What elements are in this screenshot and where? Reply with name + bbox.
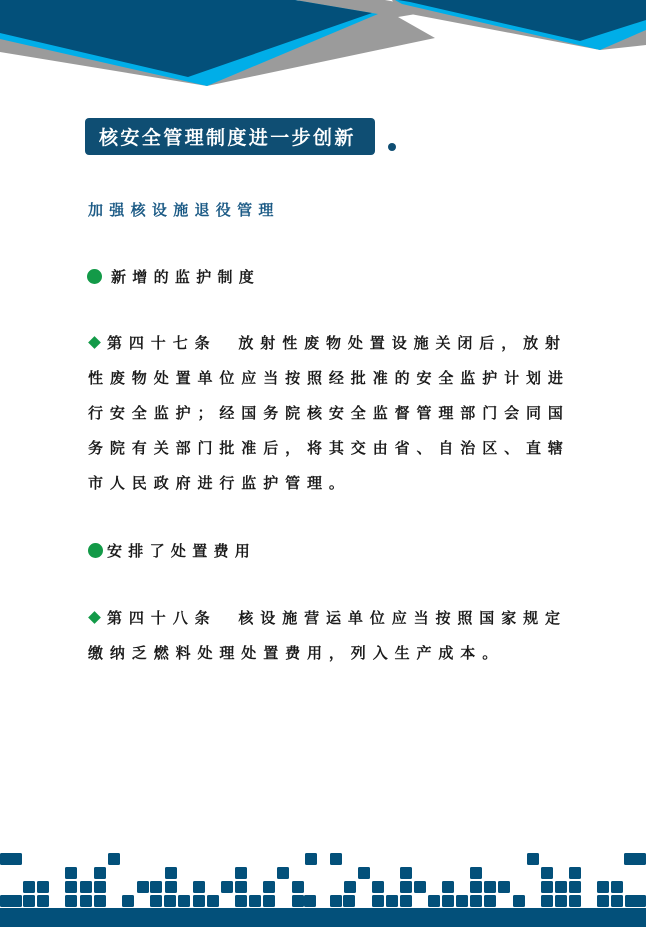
footer-pixel-block xyxy=(498,881,510,893)
footer-pixel-block xyxy=(277,867,289,879)
footer-pixel-block xyxy=(400,867,412,879)
footer-pixel-block xyxy=(569,867,581,879)
footer-pixel-decoration xyxy=(0,845,646,927)
footer-pixel-block xyxy=(513,895,525,907)
title-dot-icon xyxy=(388,143,396,151)
footer-pixel-block xyxy=(400,881,412,893)
footer-pixel-block xyxy=(625,895,646,907)
article-line: 市人民政府进行监护管理。 xyxy=(88,466,588,501)
header-decoration xyxy=(0,0,646,100)
footer-pixel-block xyxy=(37,881,49,893)
footer-pixel-block xyxy=(611,895,623,907)
footer-pixel-block xyxy=(292,895,304,907)
footer-pixel-block xyxy=(193,895,205,907)
footer-pixel-block xyxy=(165,881,177,893)
footer-pixel-block xyxy=(263,895,275,907)
footer-pixel-block xyxy=(484,895,496,907)
footer-pixel-block xyxy=(386,895,398,907)
footer-pixel-block xyxy=(207,895,219,907)
footer-pixel-block xyxy=(428,895,440,907)
footer-pixel-block xyxy=(23,895,35,907)
footer-pixel-block xyxy=(555,881,567,893)
footer-pixel-block xyxy=(292,881,304,893)
footer-pixel-block xyxy=(597,895,609,907)
footer-pixel-block xyxy=(569,895,581,907)
footer-pixel-block xyxy=(400,895,412,907)
footer-pixel-block xyxy=(527,853,539,865)
footer-pixel-block xyxy=(80,895,92,907)
footer-pixel-block xyxy=(372,881,384,893)
footer-pixel-block xyxy=(611,881,623,893)
footer-pixel-block xyxy=(330,853,342,865)
footer-pixel-block xyxy=(541,881,553,893)
footer-pixel-block xyxy=(372,895,384,907)
footer-bar xyxy=(0,908,646,927)
footer-pixel-block xyxy=(569,881,581,893)
footer-pixel-block xyxy=(235,881,247,893)
footer-pixel-block xyxy=(65,895,77,907)
footer-pixel-block xyxy=(150,881,162,893)
article-line: 第四十八条 核设施营运单位应当按照国家规定 xyxy=(88,601,588,636)
footer-pixel-block xyxy=(263,881,275,893)
article-47: 第四十七条 放射性废物处置设施关闭后，放射 性废物处置单位应当按照经批准的安全监… xyxy=(88,326,588,501)
section-heading-2: 安排了处置费用 xyxy=(88,540,256,561)
section-heading-1: 新增的监护制度 xyxy=(87,266,260,287)
footer-pixel-block xyxy=(304,895,316,907)
footer-pixel-block xyxy=(470,867,482,879)
green-dot-icon xyxy=(88,543,103,558)
footer-pixel-block xyxy=(23,881,35,893)
footer-pixel-block xyxy=(344,881,356,893)
footer-pixel-block xyxy=(249,895,261,907)
footer-pixel-block xyxy=(65,881,77,893)
footer-pixel-block xyxy=(150,895,162,907)
footer-pixel-block xyxy=(0,895,22,907)
article-48: 第四十八条 核设施营运单位应当按照国家规定 缴纳乏燃料处理处置费用，列入生产成本… xyxy=(88,601,588,671)
green-dot-icon xyxy=(87,269,102,284)
footer-pixel-block xyxy=(442,881,454,893)
section-subheading: 加强核设施退役管理 xyxy=(88,199,280,220)
footer-pixel-block xyxy=(624,853,646,865)
article-line: 行安全监护；经国务院核安全监督管理部门会同国 xyxy=(88,396,588,431)
footer-pixel-block xyxy=(94,881,106,893)
footer-pixel-block xyxy=(330,895,342,907)
section-heading-text: 安排了处置费用 xyxy=(107,540,256,561)
footer-pixel-block xyxy=(0,853,22,865)
footer-pixel-block xyxy=(122,895,134,907)
footer-pixel-block xyxy=(94,895,106,907)
footer-pixel-block xyxy=(235,867,247,879)
section-heading-text: 新增的监护制度 xyxy=(111,266,260,287)
footer-pixel-block xyxy=(165,867,177,879)
footer-pixel-block xyxy=(470,881,482,893)
footer-pixel-block xyxy=(414,881,426,893)
article-line: 务院有关部门批准后，将其交由省、自治区、直辖 xyxy=(88,431,588,466)
footer-pixel-block xyxy=(442,895,454,907)
title-banner: 核安全管理制度进一步创新 xyxy=(85,118,375,155)
green-diamond-icon xyxy=(88,336,101,349)
footer-pixel-block xyxy=(597,881,609,893)
green-diamond-icon xyxy=(88,611,101,624)
footer-pixel-block xyxy=(541,895,553,907)
footer-pixel-block xyxy=(193,881,205,893)
footer-pixel-block xyxy=(235,895,247,907)
footer-pixel-block xyxy=(343,895,355,907)
footer-pixel-block xyxy=(305,853,317,865)
footer-pixel-block xyxy=(65,867,77,879)
article-line: 第四十七条 放射性废物处置设施关闭后，放射 xyxy=(88,326,588,361)
footer-pixel-block xyxy=(164,895,176,907)
footer-pixel-block xyxy=(137,881,149,893)
footer-pixel-block xyxy=(178,895,190,907)
article-line: 缴纳乏燃料处理处置费用，列入生产成本。 xyxy=(88,636,588,671)
footer-pixel-block xyxy=(484,881,496,893)
footer-pixel-block xyxy=(94,867,106,879)
footer-pixel-block xyxy=(541,867,553,879)
footer-pixel-block xyxy=(358,867,370,879)
footer-pixel-block xyxy=(456,895,468,907)
footer-pixel-block xyxy=(555,895,567,907)
footer-pixel-block xyxy=(80,881,92,893)
article-line: 性废物处置单位应当按照经批准的安全监护计划进 xyxy=(88,361,588,396)
page-title: 核安全管理制度进一步创新 xyxy=(99,123,356,150)
footer-pixel-block xyxy=(108,853,120,865)
footer-pixel-block xyxy=(470,895,482,907)
footer-pixel-block xyxy=(221,881,233,893)
footer-pixel-block xyxy=(37,895,49,907)
